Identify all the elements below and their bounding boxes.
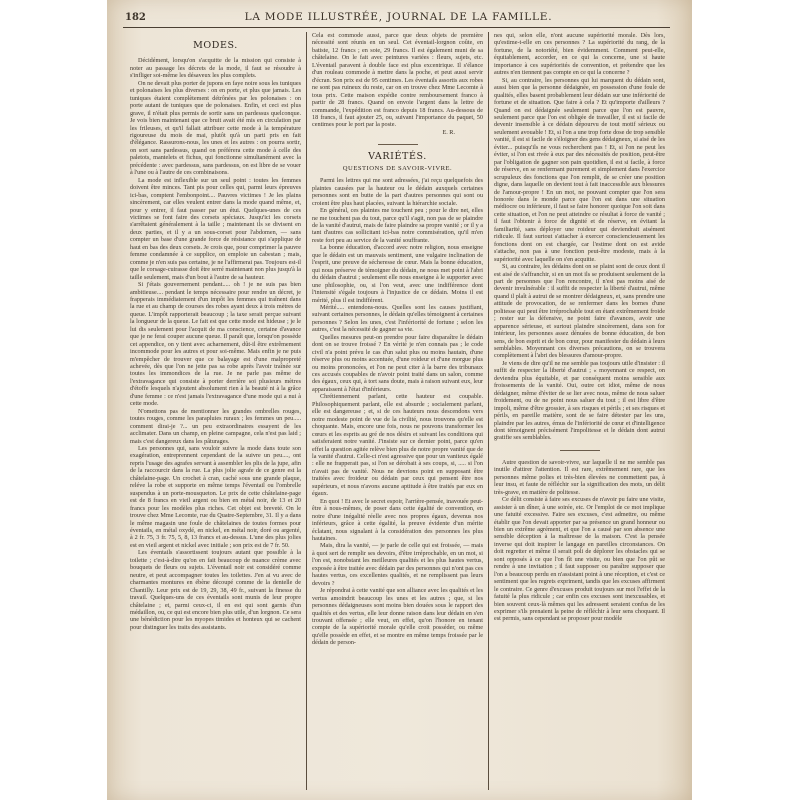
paragraph: Si j'étais gouvernement pendant..... oh … <box>130 281 301 408</box>
paragraph: Chrétiennement parlant, cette hauteur es… <box>312 393 483 497</box>
paragraph: On ne devait plus porter de jupons en fa… <box>130 80 301 177</box>
section-title-varietes: VARIÉTÉS. <box>312 153 483 160</box>
column-3: nes qui, selon elle, n'ont aucune supéri… <box>488 32 670 790</box>
section-title-modes: MODES. <box>130 42 301 49</box>
column-1: MODES. Décidément, lorsqu'on s'acquitte … <box>125 32 306 790</box>
paragraph: Les éventails s'assortissent toujours au… <box>130 549 301 631</box>
subsection-title: QUESTIONS DE SAVOIR-VIVRE. <box>312 165 483 172</box>
paragraph: Je viens de dire qu'il ne me semble pas … <box>494 360 665 442</box>
paragraph: Je répondrai à cette vanité que son alli… <box>312 587 483 647</box>
column-2: Cela est commode aussi, parce que deux o… <box>306 32 488 790</box>
newspaper-page: 182 LA MODE ILLUSTRÉE, JOURNAL DE LA FAM… <box>107 0 692 800</box>
paragraph: Décidément, lorsqu'on s'acquitte de la m… <box>130 57 301 79</box>
paragraph: Si, au contraire, les personnes qui lui … <box>494 77 665 263</box>
section-separator <box>560 450 600 451</box>
author-signature: E. R. <box>312 129 483 136</box>
paragraph: Si, au contraire, les dédains dont on se… <box>494 263 665 360</box>
paragraph: Les personnes qui, sans vouloir suivre l… <box>130 445 301 549</box>
section-separator <box>378 144 418 145</box>
paragraph: En général, ces plaintes me touchent peu… <box>312 207 483 244</box>
paragraph: nes qui, selon elle, n'ont aucune supéri… <box>494 32 665 77</box>
page-header: 182 LA MODE ILLUSTRÉE, JOURNAL DE LA FAM… <box>125 10 672 32</box>
paragraph: Cela est commode aussi, parce que deux o… <box>312 32 483 129</box>
paragraph: La mode est inflexible sur un seul point… <box>130 177 301 281</box>
paragraph: Parmi les lettres qui me sont adressées,… <box>312 177 483 207</box>
journal-title: LA MODE ILLUSTRÉE, JOURNAL DE LA FAMILLE… <box>125 11 672 23</box>
text-columns: MODES. Décidément, lorsqu'on s'acquitte … <box>125 32 670 790</box>
paragraph: Autre question de savoir-vivre, sur laqu… <box>494 459 665 496</box>
paragraph: Mérité..... entendons-nous. Quelles sont… <box>312 304 483 334</box>
paragraph: La bonne éducation, d'accord avec notre … <box>312 244 483 304</box>
paragraph: Quelles mesures peut-on prendre pour fai… <box>312 334 483 394</box>
header-rule <box>123 27 670 28</box>
paragraph: N'omettons pas de mentionner les grandes… <box>130 408 301 445</box>
paragraph: Mais, dira la vanité, — je parle de cell… <box>312 542 483 587</box>
paragraph: En quoi ! Et avec le secret espoir, l'ar… <box>312 498 483 543</box>
paragraph: Ce délit consiste à faire ses excuses de… <box>494 496 665 623</box>
